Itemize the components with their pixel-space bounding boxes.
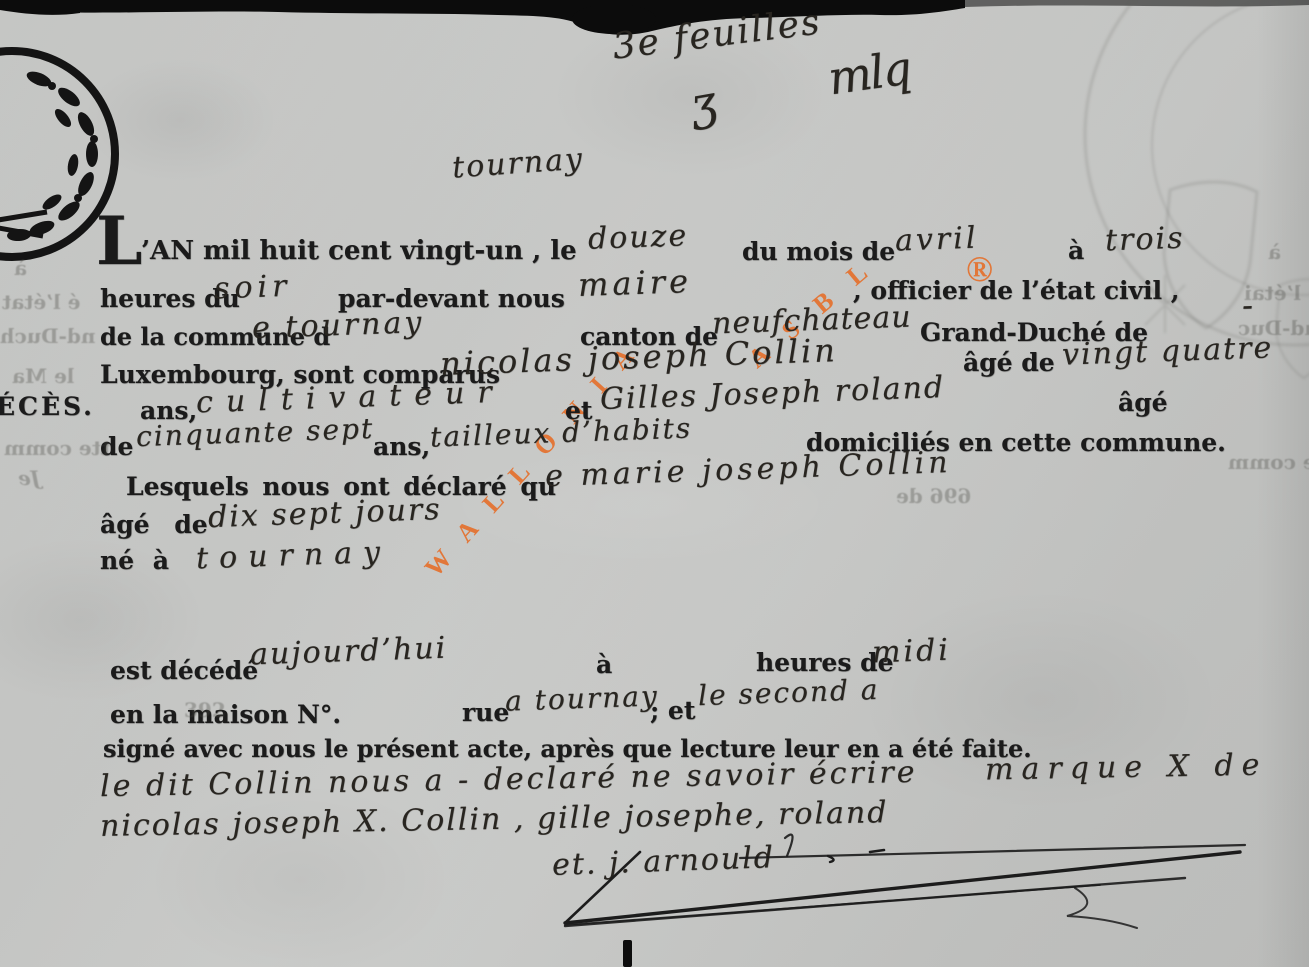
entry-commune: e tournay (251, 305, 424, 346)
bleedthrough-text: 392 (184, 698, 226, 722)
paraph-mark: ʒ (686, 74, 721, 132)
bleedthrough-text: nd-Duch (0, 324, 95, 348)
form-text: est décédé (110, 656, 258, 685)
bleedthrough-text: ud-Duc (1238, 316, 1309, 340)
form-text: ’AN mil huit cent vingt-un , le (141, 236, 577, 266)
form-text: âgé de (100, 510, 208, 539)
bleedthrough-text: é l’état (2, 290, 80, 314)
margin-label-deces: ÉCÈS. (0, 392, 95, 421)
form-text: à (1068, 236, 1084, 265)
bleedthrough-text: le Ma (12, 364, 74, 388)
bleedthrough-text: te comm (1228, 450, 1309, 474)
form-text: âgé (1118, 388, 1168, 417)
entry-daypart: soir (213, 269, 292, 307)
place-note: tournay (451, 141, 585, 185)
entry-death-hour: midi (871, 633, 951, 671)
bleedthrough-text: Je (18, 466, 40, 490)
bleedthrough-text: à (14, 256, 27, 280)
entry-month: avril (894, 221, 979, 259)
bleedthrough-text: à (1268, 240, 1281, 264)
entry-deceased-name: e marie joseph Collin (545, 445, 953, 494)
form-text: né à (100, 546, 169, 575)
entry-street: a tournay (504, 679, 659, 717)
form-text: ans, (373, 432, 430, 461)
clerk-initials: mlq (825, 41, 914, 106)
form-text: à (596, 650, 612, 679)
form-text: ; et (650, 696, 695, 725)
scan-mark-bottom (623, 940, 632, 967)
entry-second-signed: le second a (697, 673, 880, 712)
form-text: âgé de (963, 348, 1055, 377)
bleedthrough-text: l’étai (1244, 281, 1301, 305)
closing-mark-x: marque X de (985, 748, 1268, 788)
bleedthrough-text: 696 de (896, 484, 971, 508)
form-text: du mois de (742, 237, 895, 266)
entry-official-title: maire (577, 262, 692, 304)
entry-deceased-age: dix sept jours (207, 492, 442, 535)
signature-flourish (540, 830, 1280, 950)
entry-declarant2-occupation: tailleux d’habits (430, 411, 693, 453)
entry-declarant2-age: cinquante sept (135, 412, 374, 453)
bleedthrough-text: tte comm (4, 436, 110, 460)
form-text: rue (462, 698, 509, 727)
entry-day: douze (587, 218, 688, 256)
entry-birthplace: tournay (195, 535, 391, 577)
entry-hour: trois (1104, 221, 1185, 259)
entry-declarant2-name: Gilles Joseph roland (599, 370, 945, 417)
scanned-document: W A L L O N I A A S B L ® 3e feuilles ʒ … (0, 0, 1309, 967)
dropcap-L: L (96, 212, 142, 271)
entry-death-day: aujourd’hui (249, 631, 447, 673)
